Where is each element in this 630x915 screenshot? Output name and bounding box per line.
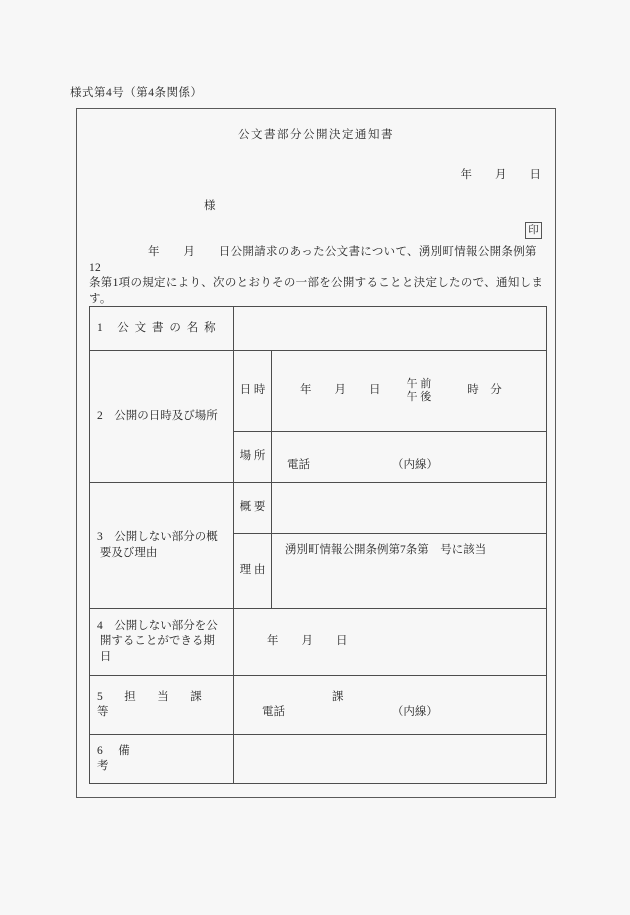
row4-value-cell: 年 月 日 xyxy=(234,609,547,676)
row3-reason-value-cell: 湧別町情報公開条例第7条第 号に該当 xyxy=(272,534,547,609)
form-outer-border: 公文書部分公開決定通知書 年 月 日 様 印 年 月 日公開請求のあった公文書に… xyxy=(76,108,556,798)
row3-label: 3 公開しない部分の概 要及び理由 xyxy=(90,483,234,609)
datetime-ymd: 年 月 日 xyxy=(300,383,381,399)
row2-label: 2 公開の日時及び場所 xyxy=(90,351,234,483)
table-row-disclosure-datetime: 2 公開の日時及び場所 日 時 年 月 日 午 前 午 後 時 分 xyxy=(90,351,547,432)
row1-value-cell xyxy=(234,307,547,351)
row2-place-sublabel: 場 所 xyxy=(234,432,272,483)
addressee-suffix: 様 xyxy=(204,197,216,213)
table-row-future-disclosure-date: 4 公開しない部分を公 開することができる期 日 年 月 日 xyxy=(90,609,547,676)
row5-label: 5 担 当 課 等 xyxy=(90,676,234,735)
row2-place-value-cell: 電話 （内線） xyxy=(272,432,547,483)
row3-summary-sublabel: 概 要 xyxy=(234,483,272,534)
datetime-pm: 午 後 xyxy=(407,391,432,403)
row6-label: 6 備 考 xyxy=(90,735,234,784)
row5-value-cell: 課 電話 （内線） xyxy=(234,676,547,735)
row4-label: 4 公開しない部分を公 開することができる期 日 xyxy=(90,609,234,676)
row3-reason-sublabel: 理 由 xyxy=(234,534,272,609)
table-row-document-name: 1 公 文 書 の 名 称 xyxy=(90,307,547,351)
document-page: { "header": { "form_number": "様式第4号（第4条関… xyxy=(0,0,630,915)
row6-value-cell xyxy=(234,735,547,784)
seal-placeholder-icon: 印 xyxy=(525,222,542,239)
document-title: 公文書部分公開決定通知書 xyxy=(77,126,555,142)
row2-datetime-value-cell: 年 月 日 午 前 午 後 時 分 xyxy=(272,351,547,432)
charge-phone-label: 電話 xyxy=(262,706,285,718)
row3-summary-value-cell xyxy=(272,483,547,534)
form-number: 様式第4号（第4条関係） xyxy=(70,84,203,100)
datetime-hm: 時 分 xyxy=(467,383,502,399)
charge-extension-label: （内線） xyxy=(392,706,438,718)
datetime-am: 午 前 xyxy=(407,378,432,390)
row1-label: 1 公 文 書 の 名 称 xyxy=(90,307,234,351)
table-row-remarks: 6 備 考 xyxy=(90,735,547,784)
row2-datetime-sublabel: 日 時 xyxy=(234,351,272,432)
table-row-nondisclosure-summary: 3 公開しない部分の概 要及び理由 概 要 xyxy=(90,483,547,534)
form-table: 1 公 文 書 の 名 称 2 公開の日時及び場所 日 時 年 月 日 午 前 … xyxy=(89,306,547,784)
datetime-ampm: 午 前 午 後 xyxy=(407,378,432,405)
notification-paragraph: 年 月 日公開請求のあった公文書について、湧別町情報公開条例第12 条第1項の規… xyxy=(89,245,547,307)
place-phone-label: 電話 xyxy=(287,458,310,474)
issue-date-line: 年 月 日 xyxy=(461,166,542,182)
section-suffix-label: 課 xyxy=(234,690,546,705)
place-extension-label: （内線） xyxy=(392,458,438,474)
table-row-responsible-section: 5 担 当 課 等 課 電話 （内線） xyxy=(90,676,547,735)
